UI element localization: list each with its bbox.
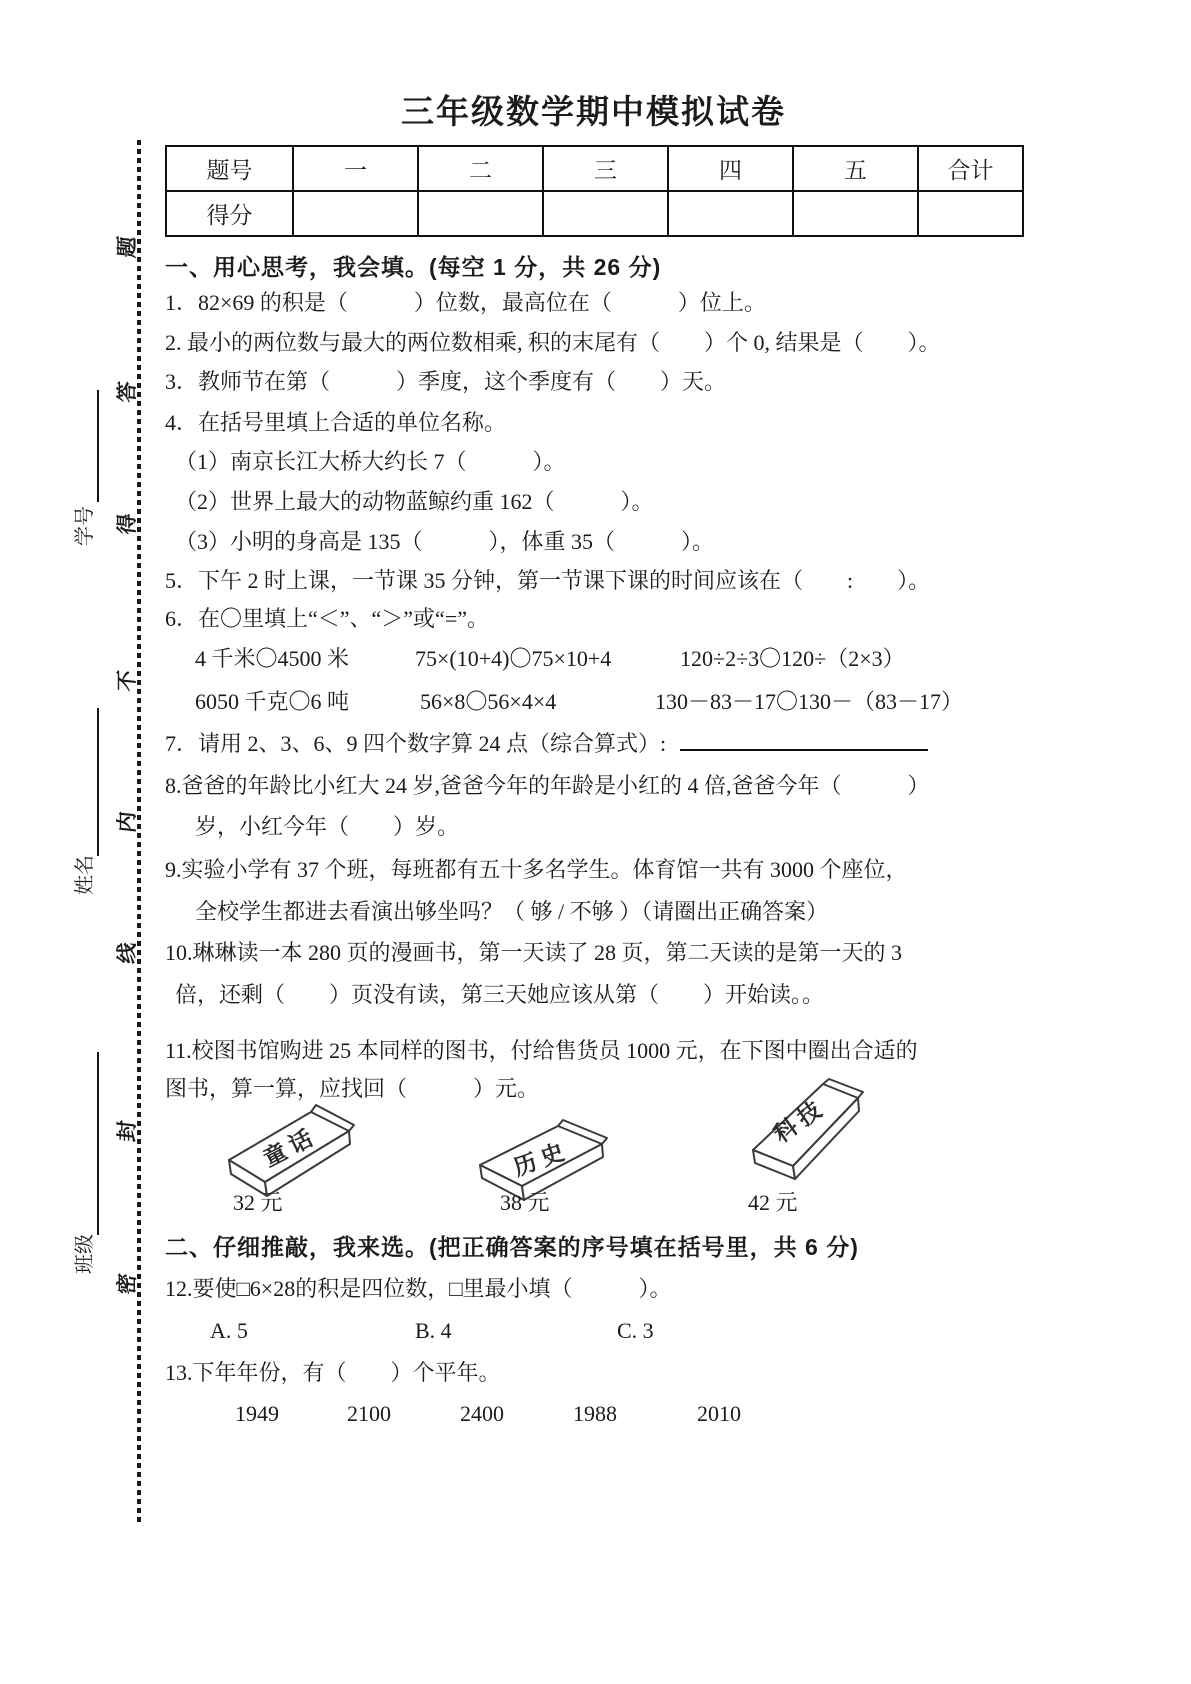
compare-expression: 56×8〇56×4×4 xyxy=(420,687,556,717)
class-blank xyxy=(97,1052,99,1235)
score-table-column: 二 xyxy=(418,146,543,191)
question-9-line-1: 9.实验小学有 37 个班，每班都有五十多名学生。体育馆一共有 3000 个座位… xyxy=(165,855,908,885)
book-price: 42 元 xyxy=(748,1186,798,1217)
year-option: 2400 xyxy=(460,1399,504,1429)
score-cell xyxy=(293,191,418,236)
student-number-blank xyxy=(97,390,99,502)
name-label: 姓名 xyxy=(74,869,96,895)
score-table-column: 合计 xyxy=(918,146,1023,191)
class-label: 班级 xyxy=(74,1248,96,1274)
score-table-column: 四 xyxy=(668,146,793,191)
score-table-column: 五 xyxy=(793,146,918,191)
option-b: B. 4 xyxy=(415,1316,452,1346)
seal-char: 不 xyxy=(114,667,140,696)
question-5: 5．下午 2 时上课，一节课 35 分钟，第一节课下课的时间应该在（ : ）。 xyxy=(165,566,930,596)
score-cell xyxy=(793,191,918,236)
question-13: 13.下年年份，有（ ）个平年。 xyxy=(165,1358,501,1388)
score-cell xyxy=(918,191,1023,236)
seal-char: 答 xyxy=(114,378,140,407)
option-a: A. 5 xyxy=(210,1316,248,1346)
seal-char: 封 xyxy=(114,1117,140,1146)
page-title: 三年级数学期中模拟试卷 xyxy=(165,86,1022,133)
question-11-line-1: 11.校图书馆购进 25 本同样的图书，付给售货员 1000 元，在下图中圈出合… xyxy=(165,1036,918,1066)
question-8-line-1: 8.爸爸的年龄比小红大 24 岁,爸爸今年的年龄是小红的 4 倍,爸爸今年（ ） xyxy=(165,771,930,801)
question-1: 1．82×69 的积是（ ）位数，最高位在（ ）位上。 xyxy=(165,288,766,318)
exam-paper-page: 题 答 得 不 内 线 封 密 学号 姓名 班级 三年级数学期中模拟试卷 题号 … xyxy=(0,0,1191,1684)
seal-char: 密 xyxy=(114,1270,140,1299)
question-12: 12.要使□6×28的积是四位数，□里最小填（ ）。 xyxy=(165,1274,672,1304)
question-10-line-2: 倍，还剩（ ）页没有读，第三天她应该从第（ ）开始读。。 xyxy=(175,980,824,1010)
question-9-line-2: 全校学生都进去看演出够坐吗？（ 够 / 不够 ）（请圈出正确答案） xyxy=(195,897,828,927)
score-table-column: 三 xyxy=(543,146,668,191)
book-price: 32 元 xyxy=(233,1186,283,1217)
book-illustration-science: 科 技 xyxy=(735,1075,885,1185)
question-4-item-2: （2）世界上最大的动物蓝鲸约重 162（ ）。 xyxy=(175,487,654,517)
question-10-line-1: 10.琳琳读一本 280 页的漫画书，第一天读了 28 页，第二天读的是第一天的… xyxy=(165,938,902,968)
compare-expression: 6050 千克〇6 吨 xyxy=(195,687,349,717)
section1-heading: 一、用心思考，我会填。(每空 1 分，共 26 分) xyxy=(165,252,661,282)
year-option: 1988 xyxy=(573,1399,617,1429)
seal-char: 题 xyxy=(114,233,140,262)
seal-char: 得 xyxy=(114,510,140,539)
seal-char: 内 xyxy=(114,808,140,837)
compare-expression: 130－83－17〇130－（83－17） xyxy=(655,687,963,717)
compare-expression: 75×(10+4)〇75×10+4 xyxy=(415,644,611,674)
question-2: 2. 最小的两位数与最大的两位数相乘, 积的末尾有（ ）个 0, 结果是（ ）。 xyxy=(165,328,941,358)
year-option: 2010 xyxy=(697,1399,741,1429)
question-7-text: 7．请用 2、3、6、9 四个数字算 24 点（综合算式）: xyxy=(165,731,666,756)
score-cell xyxy=(543,191,668,236)
question-4-item-1: （1）南京长江大桥大约长 7（ ）。 xyxy=(175,447,566,477)
score-table-score-label: 得分 xyxy=(166,191,293,236)
book-price: 38 元 xyxy=(500,1186,550,1217)
compare-expression: 120÷2÷3〇120÷（2×3） xyxy=(680,644,905,674)
question-4-item-3: （3）小明的身高是 135（ ），体重 35（ ）。 xyxy=(175,527,714,557)
option-c: C. 3 xyxy=(617,1316,654,1346)
year-option: 2100 xyxy=(347,1399,391,1429)
question-3: 3．教师节在第（ ）季度，这个季度有（ ）天。 xyxy=(165,367,726,397)
score-table: 题号 一 二 三 四 五 合计 得分 xyxy=(165,145,1024,237)
score-cell xyxy=(418,191,543,236)
section2-heading: 二、仔细推敲，我来选。(把正确答案的序号填在括号里，共 6 分) xyxy=(165,1232,859,1262)
question-6: 6．在〇里填上“＜”、“＞”或“=”。 xyxy=(165,604,489,634)
seal-char: 线 xyxy=(114,939,140,968)
question-4: 4．在括号里填上合适的单位名称。 xyxy=(165,408,506,438)
name-blank xyxy=(97,708,99,856)
score-table-header-label: 题号 xyxy=(166,146,293,191)
answer-blank-line xyxy=(680,749,928,751)
score-cell xyxy=(668,191,793,236)
year-option: 1949 xyxy=(235,1399,279,1429)
compare-expression: 4 千米〇4500 米 xyxy=(195,644,349,674)
score-table-column: 一 xyxy=(293,146,418,191)
question-7: 7．请用 2、3、6、9 四个数字算 24 点（综合算式）: xyxy=(165,729,928,759)
question-8-line-2: 岁，小红今年（ ）岁。 xyxy=(195,812,459,842)
student-number-label: 学号 xyxy=(74,520,96,546)
